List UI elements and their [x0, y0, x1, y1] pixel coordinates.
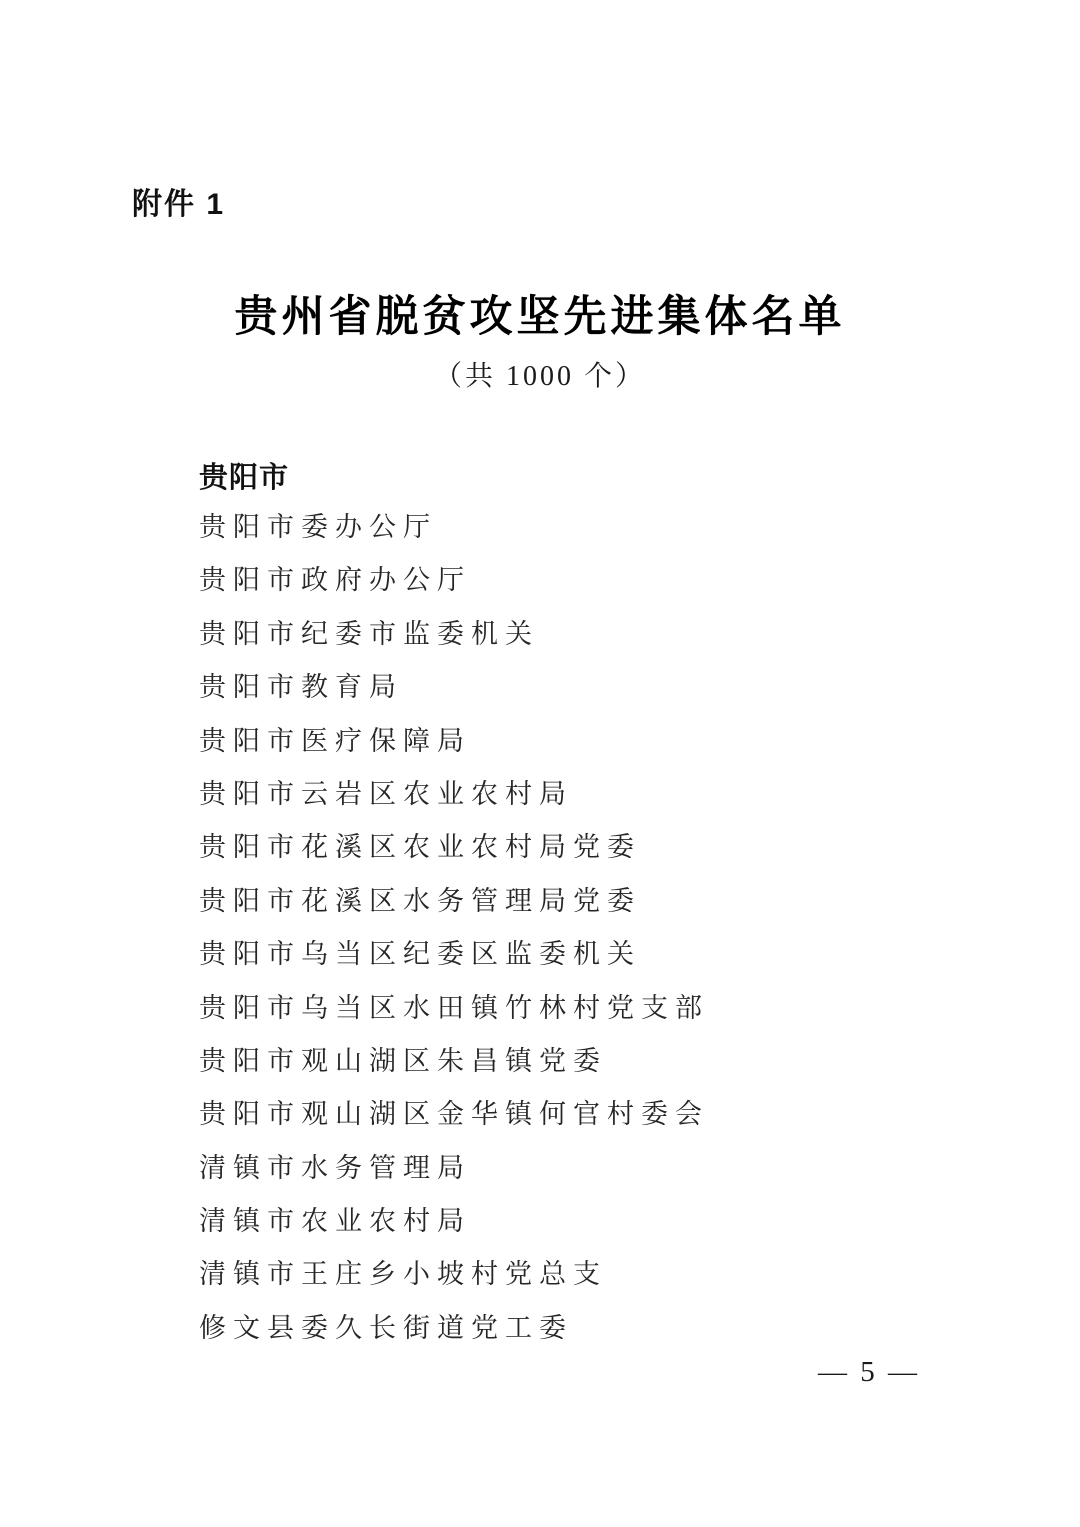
list-item: 贵阳市医疗保障局: [199, 715, 709, 768]
list-item: 贵阳市政府办公厅: [199, 554, 709, 607]
list-item: 清镇市水务管理局: [199, 1142, 709, 1195]
list-item: 贵阳市云岩区农业农村局: [199, 768, 709, 821]
list-item: 清镇市王庄乡小坡村党总支: [199, 1248, 709, 1301]
list-item: 贵阳市纪委市监委机关: [199, 608, 709, 661]
list-item: 清镇市农业农村局: [199, 1195, 709, 1248]
page-number: — 5 —: [818, 1356, 920, 1389]
list-item: 贵阳市教育局: [199, 661, 709, 714]
document-page: 附件 1 贵州省脱贫攻坚先进集体名单 （共 1000 个） 贵阳市 贵阳市委办公…: [0, 0, 1080, 1527]
list-item: 贵阳市花溪区农业农村局党委: [199, 821, 709, 874]
list-item: 贵阳市花溪区水务管理局党委: [199, 875, 709, 928]
list-item: 贵阳市乌当区纪委区监委机关: [199, 928, 709, 981]
list-item: 贵阳市委办公厅: [199, 501, 709, 554]
document-title: 贵州省脱贫攻坚先进集体名单: [0, 283, 1080, 344]
document-subtitle: （共 1000 个）: [0, 354, 1080, 394]
organization-list: 贵阳市委办公厅 贵阳市政府办公厅 贵阳市纪委市监委机关 贵阳市教育局 贵阳市医疗…: [199, 501, 709, 1355]
list-item: 贵阳市观山湖区朱昌镇党委: [199, 1035, 709, 1088]
attachment-label: 附件 1: [132, 179, 225, 223]
list-item: 修文县委久长街道党工委: [199, 1302, 709, 1355]
section-heading-guiyang: 贵阳市: [199, 455, 289, 496]
list-item: 贵阳市乌当区水田镇竹林村党支部: [199, 982, 709, 1035]
list-item: 贵阳市观山湖区金华镇何官村委会: [199, 1088, 709, 1141]
